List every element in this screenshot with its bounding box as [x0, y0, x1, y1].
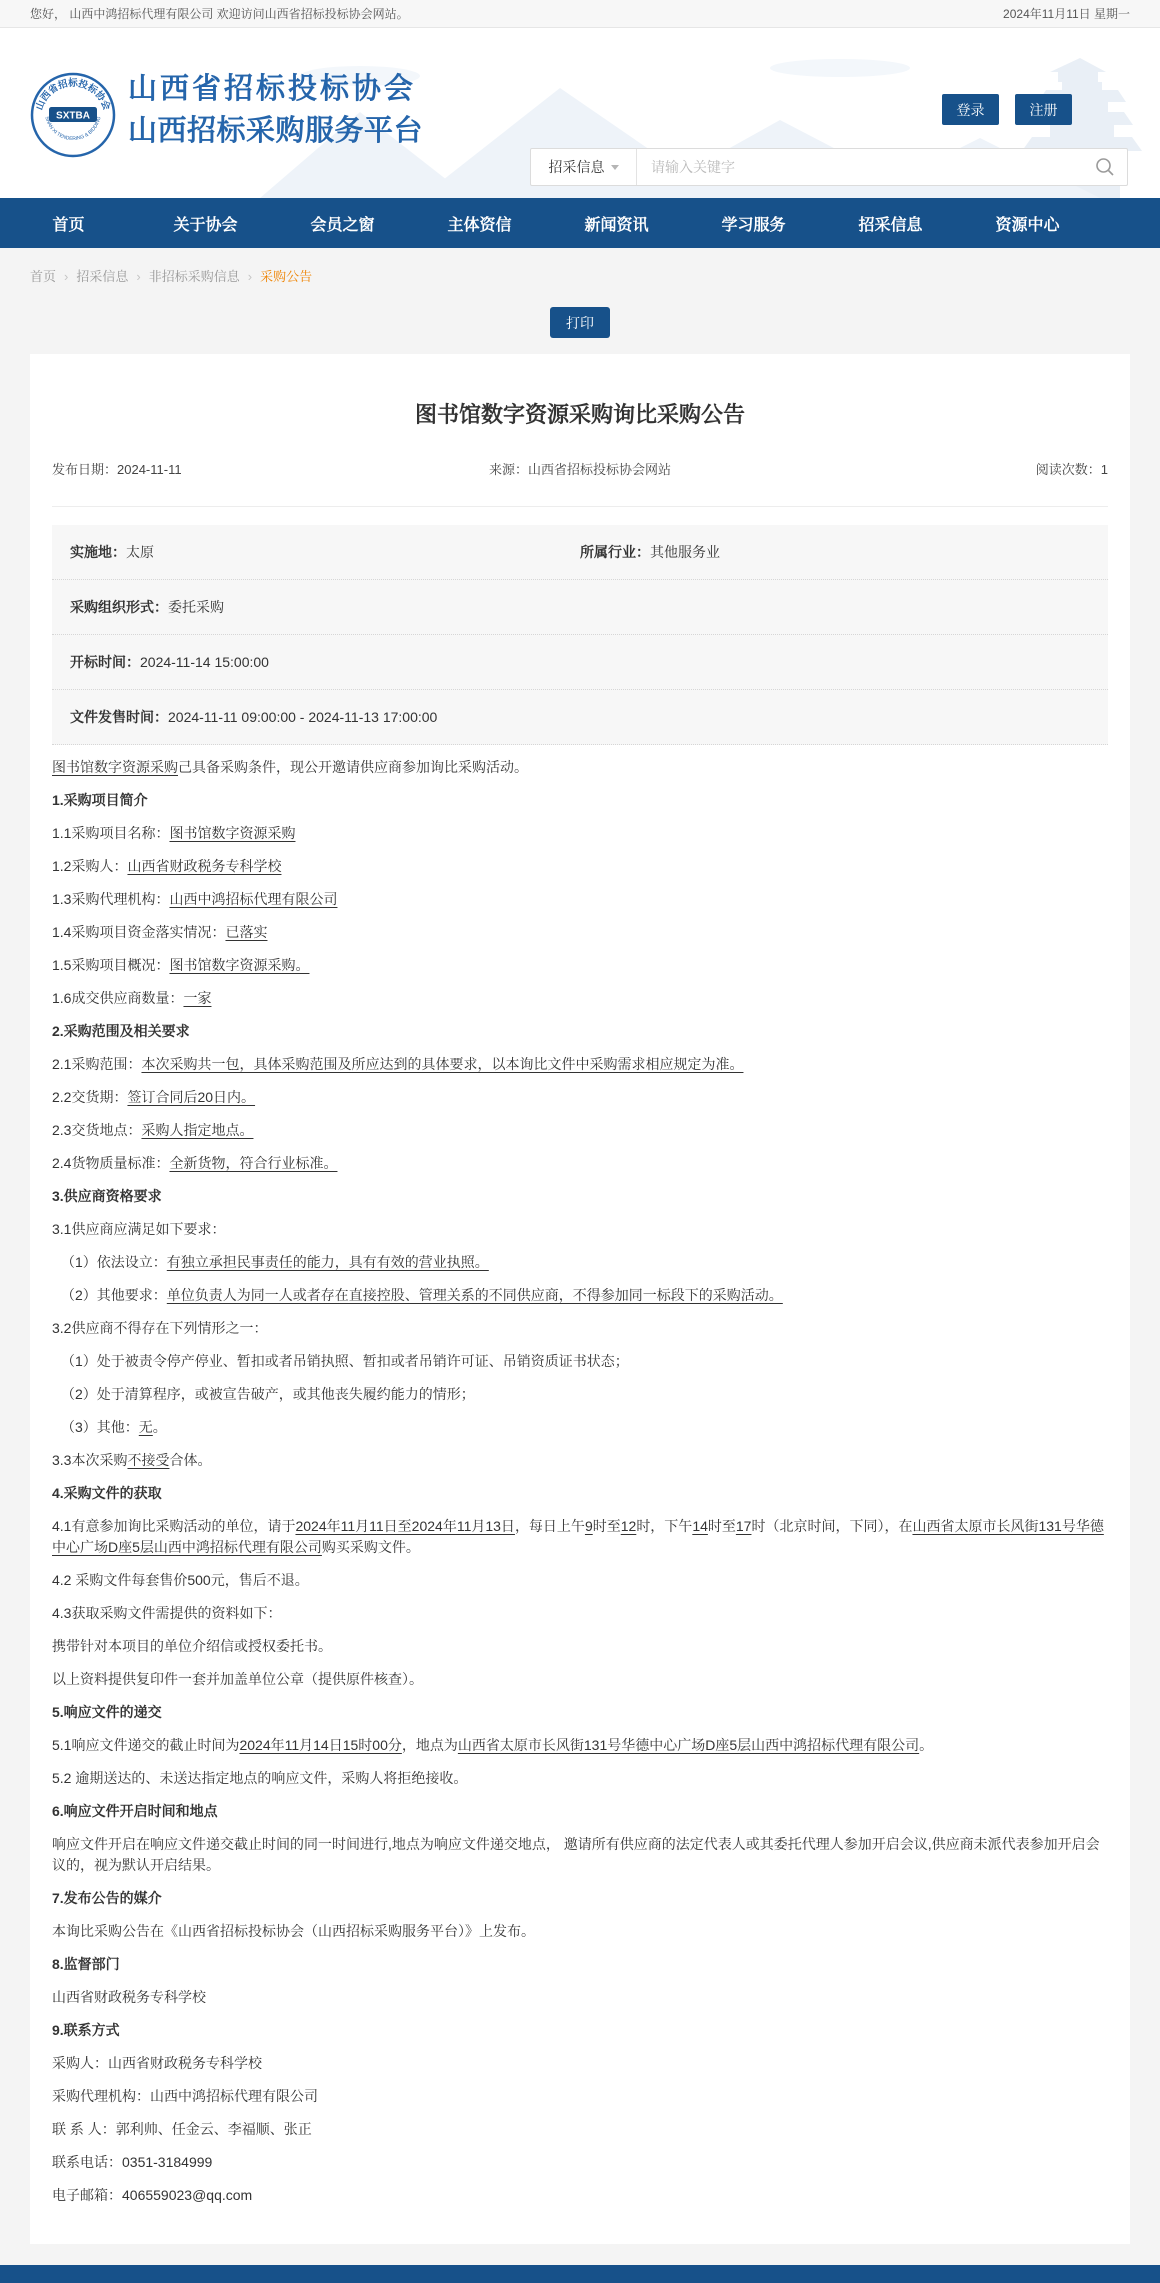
info-field: 实施地：太原 [70, 541, 580, 563]
info-row: 实施地：太原所属行业：其他服务业 [52, 525, 1108, 580]
article-paragraph: 采购人：山西省财政税务专科学校 [52, 2053, 1108, 2074]
logo-center-text: SXTBA [56, 111, 90, 122]
article-heading: 2.采购范围及相关要求 [52, 1021, 1108, 1042]
main-nav: 首页关于协会会员之窗主体资信新闻资讯学习服务招采信息资源中心 [0, 198, 1160, 248]
breadcrumb-item[interactable]: 招采信息 [76, 269, 128, 284]
article-heading: 9.联系方式 [52, 2020, 1108, 2041]
info-field: 所属行业：其他服务业 [580, 541, 1090, 563]
print-row: 打印 [0, 307, 1160, 338]
article-paragraph: 电子邮箱：406559023@qq.com [52, 2185, 1108, 2206]
article-paragraph: （1）处于被责令停产停业、暂扣或者吊销执照、暂扣或者吊销许可证、吊销资质证书状态… [52, 1351, 1108, 1372]
info-field: 开标时间：2024-11-14 15:00:00 [70, 651, 1090, 673]
print-button[interactable]: 打印 [550, 307, 610, 338]
breadcrumb-separator: › [248, 269, 252, 284]
article-paragraph: 4.1有意参加询比采购活动的单位，请于2024年11月11日至2024年11月1… [52, 1516, 1108, 1558]
info-field: 采购组织形式：委托采购 [70, 596, 1090, 618]
article-paragraph: （1）依法设立：有独立承担民事责任的能力，具有有效的营业执照。 [52, 1252, 1108, 1273]
article-body: 图书馆数字资源采购己具备采购条件，现公开邀请供应商参加询比采购活动。1.采购项目… [52, 757, 1108, 2206]
meta-divider [52, 506, 1108, 507]
topbar: 您好， 山西中鸿招标代理有限公司 欢迎访问山西省招标投标协会网站。 2024年1… [0, 0, 1160, 28]
search-category-dropdown[interactable]: 招采信息 [531, 149, 637, 185]
article-paragraph: 1.3采购代理机构：山西中鸿招标代理有限公司 [52, 889, 1108, 910]
announcement-card: 图书馆数字资源采购询比采购公告 发布日期：2024-11-11 来源：山西省招标… [30, 354, 1130, 2244]
article-paragraph: 本询比采购公告在《山西省招标投标协会（山西招标采购服务平台）》上发布。 [52, 1921, 1108, 1942]
info-row: 文件发售时间：2024-11-11 09:00:00 - 2024-11-13 … [52, 690, 1108, 745]
nav-item[interactable]: 资源中心 [959, 198, 1096, 248]
nav-item[interactable]: 招采信息 [822, 198, 959, 248]
info-field: 文件发售时间：2024-11-11 09:00:00 - 2024-11-13 … [70, 706, 1090, 728]
main-nav-list: 首页关于协会会员之窗主体资信新闻资讯学习服务招采信息资源中心 [0, 198, 1160, 248]
nav-item[interactable]: 新闻资讯 [548, 198, 685, 248]
article-paragraph: （2）处于清算程序，或被宣告破产，或其他丧失履约能力的情形； [52, 1384, 1108, 1405]
article-paragraph: 采购代理机构：山西中鸿招标代理有限公司 [52, 2086, 1108, 2107]
publish-date: 发布日期：2024-11-11 [52, 459, 404, 478]
breadcrumb-separator: › [136, 269, 140, 284]
site-title-line1: 山西省招标投标协会 [128, 68, 423, 110]
search-button[interactable] [1083, 149, 1127, 185]
chevron-down-icon [611, 165, 619, 170]
article-paragraph: 2.1采购范围：本次采购共一包，具体采购范围及所应达到的具体要求，以本询比文件中… [52, 1054, 1108, 1075]
article-paragraph: 山西省财政税务专科学校 [52, 1987, 1108, 2008]
search-input[interactable] [637, 149, 1083, 185]
nav-item[interactable]: 主体资信 [411, 198, 548, 248]
article-paragraph: 4.3获取采购文件需提供的资料如下： [52, 1603, 1108, 1624]
breadcrumb-item[interactable]: 非招标采购信息 [149, 269, 240, 284]
article-paragraph: 1.6成交供应商数量：一家 [52, 988, 1108, 1009]
nav-item[interactable]: 首页 [0, 198, 137, 248]
article-paragraph: 1.2采购人：山西省财政税务专科学校 [52, 856, 1108, 877]
article-paragraph: 1.4采购项目资金落实情况：已落实 [52, 922, 1108, 943]
breadcrumb: 首页›招采信息›非招标采购信息›采购公告 [0, 248, 1160, 293]
article-paragraph: 4.2 采购文件每套售价500元，售后不退。 [52, 1570, 1108, 1591]
search-box: 招采信息 [530, 148, 1128, 186]
search-icon [1095, 157, 1115, 177]
nav-item[interactable]: 关于协会 [137, 198, 274, 248]
page-title: 图书馆数字资源采购询比采购公告 [52, 398, 1108, 429]
article-heading: 3.供应商资格要求 [52, 1186, 1108, 1207]
article-heading: 1.采购项目简介 [52, 790, 1108, 811]
article-paragraph: 3.2供应商不得存在下列情形之一： [52, 1318, 1108, 1339]
topbar-date: 2024年11月11日 星期一 [1003, 5, 1130, 22]
article-paragraph: 5.2 逾期送达的、未送达指定地点的响应文件，采购人将拒绝接收。 [52, 1768, 1108, 1789]
site-header: 山西省招标投标协会 SHAN XI TENDERING & BIDDING SX… [0, 28, 1160, 198]
article-paragraph: （2）其他要求：单位负责人为同一人或者存在直接控股、管理关系的不同供应商，不得参… [52, 1285, 1108, 1306]
auth-buttons: 登录 注册 [942, 94, 1072, 125]
article-paragraph: 1.5采购项目概况：图书馆数字资源采购。 [52, 955, 1108, 976]
project-info-box: 实施地：太原所属行业：其他服务业采购组织形式：委托采购开标时间：2024-11-… [52, 525, 1108, 745]
nav-item[interactable]: 会员之窗 [274, 198, 411, 248]
article-paragraph: （3）其他：无。 [52, 1417, 1108, 1438]
article-paragraph: 1.1采购项目名称：图书馆数字资源采购 [52, 823, 1108, 844]
page-footer [0, 2265, 1160, 2283]
article-heading: 8.监督部门 [52, 1954, 1108, 1975]
article-meta: 发布日期：2024-11-11 来源：山西省招标投标协会网站 阅读次数：1 [52, 459, 1108, 478]
login-button[interactable]: 登录 [942, 94, 999, 125]
breadcrumb-current: 采购公告 [260, 269, 312, 284]
source: 来源：山西省招标投标协会网站 [404, 459, 756, 478]
article-paragraph: 5.1响应文件递交的截止时间为2024年11月14日15时00分，地点为山西省太… [52, 1735, 1108, 1756]
article-paragraph: 响应文件开启在响应文件递交截止时间的同一时间进行,地点为响应文件递交地点， 邀请… [52, 1834, 1108, 1876]
article-heading: 7.发布公告的媒介 [52, 1888, 1108, 1909]
search-category-label: 招采信息 [549, 157, 605, 177]
article-paragraph: 携带针对本项目的单位介绍信或授权委托书。 [52, 1636, 1108, 1657]
article-heading: 6.响应文件开启时间和地点 [52, 1801, 1108, 1822]
association-logo[interactable]: 山西省招标投标协会 SHAN XI TENDERING & BIDDING SX… [30, 72, 116, 158]
article-paragraph: 3.3本次采购不接受合体。 [52, 1450, 1108, 1471]
article-paragraph: 2.4货物质量标准：全新货物，符合行业标准。 [52, 1153, 1108, 1174]
article-paragraph: 3.1供应商应满足如下要求： [52, 1219, 1108, 1240]
article-paragraph: 图书馆数字资源采购己具备采购条件，现公开邀请供应商参加询比采购活动。 [52, 757, 1108, 778]
article-heading: 4.采购文件的获取 [52, 1483, 1108, 1504]
info-row: 开标时间：2024-11-14 15:00:00 [52, 635, 1108, 690]
breadcrumb-item[interactable]: 首页 [30, 269, 56, 284]
nav-item[interactable]: 学习服务 [685, 198, 822, 248]
topbar-greeting: 您好， 山西中鸿招标代理有限公司 欢迎访问山西省招标投标协会网站。 [30, 5, 409, 22]
article-paragraph: 2.2交货期：签订合同后20日内。 [52, 1087, 1108, 1108]
view-count: 阅读次数：1 [756, 459, 1108, 478]
site-title: 山西省招标投标协会 山西招标采购服务平台 [128, 68, 423, 152]
register-button[interactable]: 注册 [1015, 94, 1072, 125]
site-title-line2: 山西招标采购服务平台 [128, 110, 423, 152]
breadcrumb-separator: › [64, 269, 68, 284]
article-paragraph: 联系电话：0351-3184999 [52, 2152, 1108, 2173]
article-paragraph: 联 系 人：郭利帅、任金云、李福顺、张正 [52, 2119, 1108, 2140]
article-paragraph: 2.3交货地点：采购人指定地点。 [52, 1120, 1108, 1141]
article-paragraph: 以上资料提供复印件一套并加盖单位公章（提供原件核查）。 [52, 1669, 1108, 1690]
info-row: 采购组织形式：委托采购 [52, 580, 1108, 635]
article-heading: 5.响应文件的递交 [52, 1702, 1108, 1723]
